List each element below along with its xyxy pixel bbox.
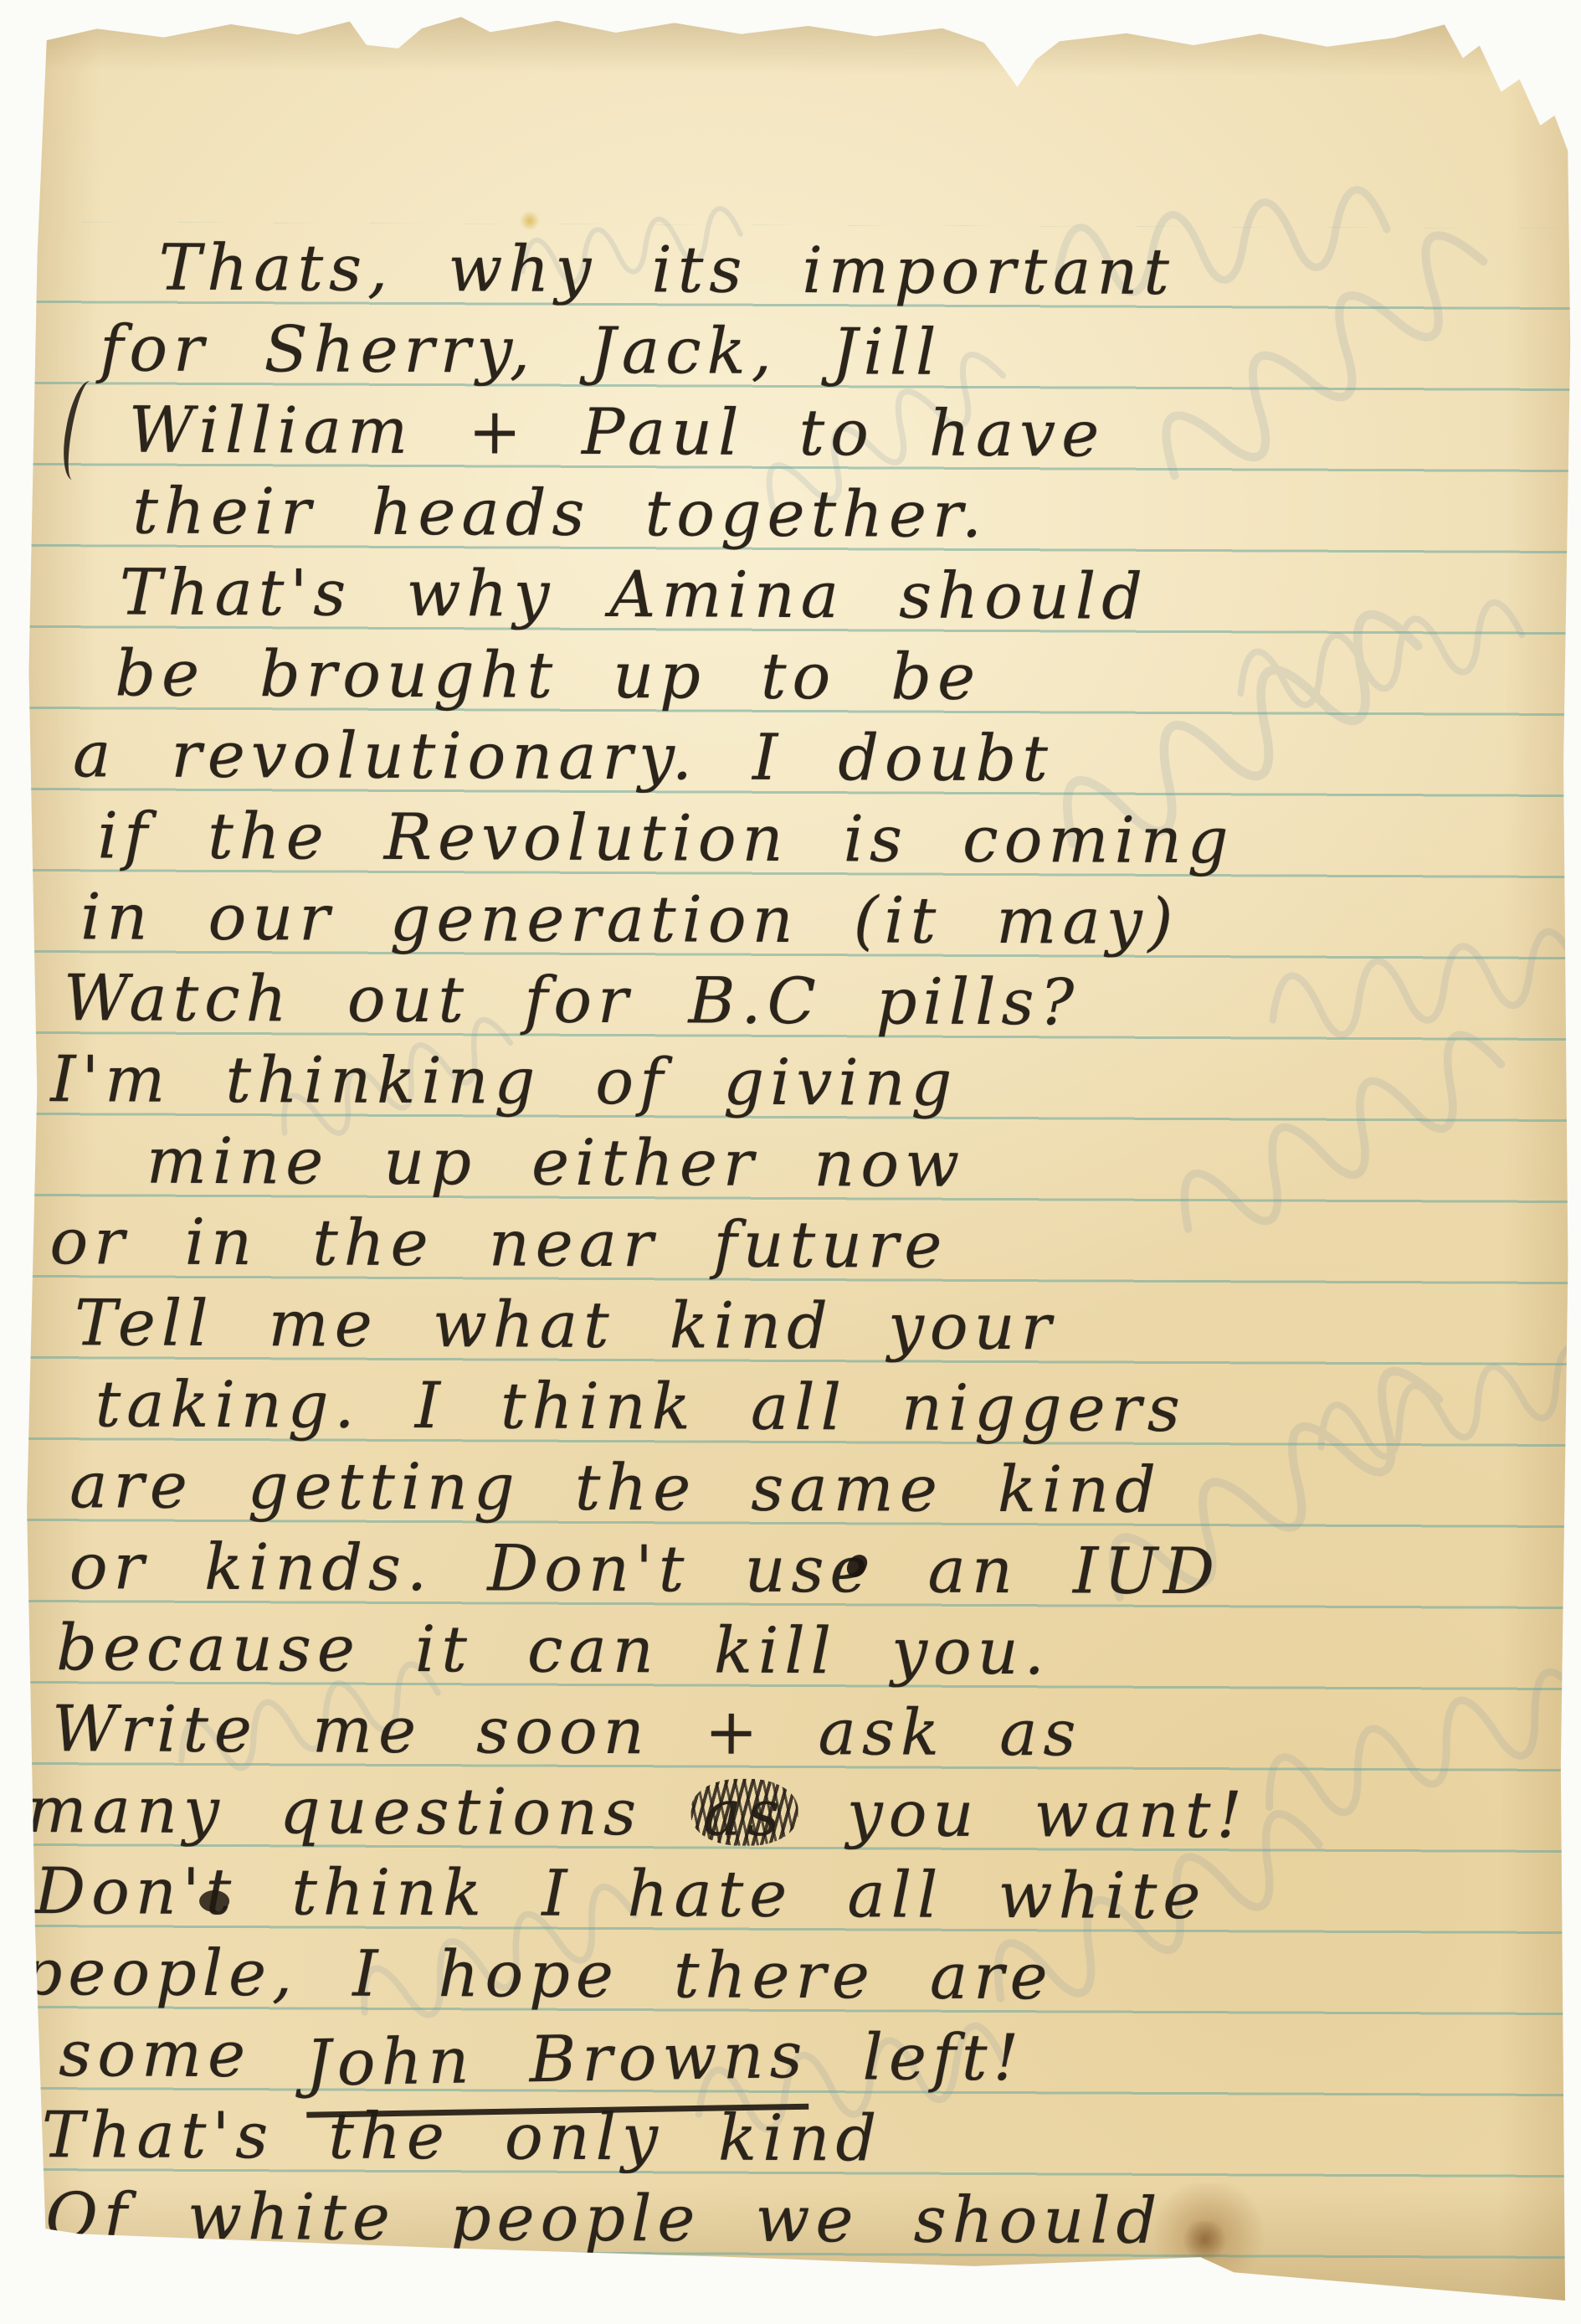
- letter-line: or in the near future: [49, 1196, 1580, 1284]
- letter-line: are getting the same kind: [69, 1440, 1579, 1528]
- line-text: many questions: [26, 1772, 696, 1849]
- letter-line: Thats, why its important: [158, 223, 1581, 310]
- letter-line: mine up either now: [146, 1116, 1581, 1203]
- letter-line: people, I hope there are: [22, 1927, 1578, 2015]
- letter-line: for Sherry, Jack, Jill: [100, 303, 1581, 391]
- letter-line: in our generation (it may): [80, 871, 1581, 959]
- letter-line: a revolutionary. I doubt: [73, 709, 1581, 797]
- letter-page: Thats, why its important for Sherry, Jac…: [12, 2, 1581, 2306]
- letter-line: because it can kill you.: [56, 1602, 1578, 1690]
- letter-line: Of white people we should: [45, 2171, 1576, 2259]
- underlined-phrase: John Browns: [305, 2010, 808, 2118]
- letter-line: be brought up to be: [115, 628, 1581, 716]
- letter-line: their heads together.: [132, 466, 1581, 554]
- letter-line: That's why Amina should: [120, 547, 1581, 635]
- letter-line: taking. I think all niggers: [95, 1359, 1579, 1447]
- scan-background: { "page": { "background_color": "#fbfbf8…: [0, 0, 1581, 2324]
- letter-line: I'm thinking of giving: [50, 1034, 1581, 1122]
- letter-line: Tell me what kind your: [74, 1278, 1580, 1365]
- letter-line: Write me soon + ask as: [52, 1684, 1578, 1771]
- scribbled-out-word: as: [696, 1767, 793, 1858]
- line-text: some: [59, 2016, 305, 2091]
- letter-line: Don't think I hate all white: [34, 1846, 1578, 1934]
- letter-line: Watch out for B.C pills?: [64, 953, 1581, 1041]
- letter-line: William + Paul to have: [129, 384, 1581, 472]
- letter-line-with-scribble: many questions as you want!: [26, 1765, 1578, 1853]
- line-text: left!: [808, 2019, 1024, 2095]
- ink-blot: [199, 1890, 229, 1912]
- letter-body: Thats, why its important for Sherry, Jac…: [12, 222, 1581, 2259]
- line-text: you want!: [792, 1776, 1248, 1852]
- letter-line-with-underline: some John Browns left!: [59, 2008, 1577, 2096]
- letter-line: That's the only kind: [42, 2090, 1577, 2177]
- stain: [1179, 2221, 1229, 2259]
- letter-line: or kinds. Don't use an IUD: [69, 1521, 1579, 1609]
- stain: [519, 212, 541, 230]
- letter-line: if the Revolution is coming: [97, 790, 1581, 878]
